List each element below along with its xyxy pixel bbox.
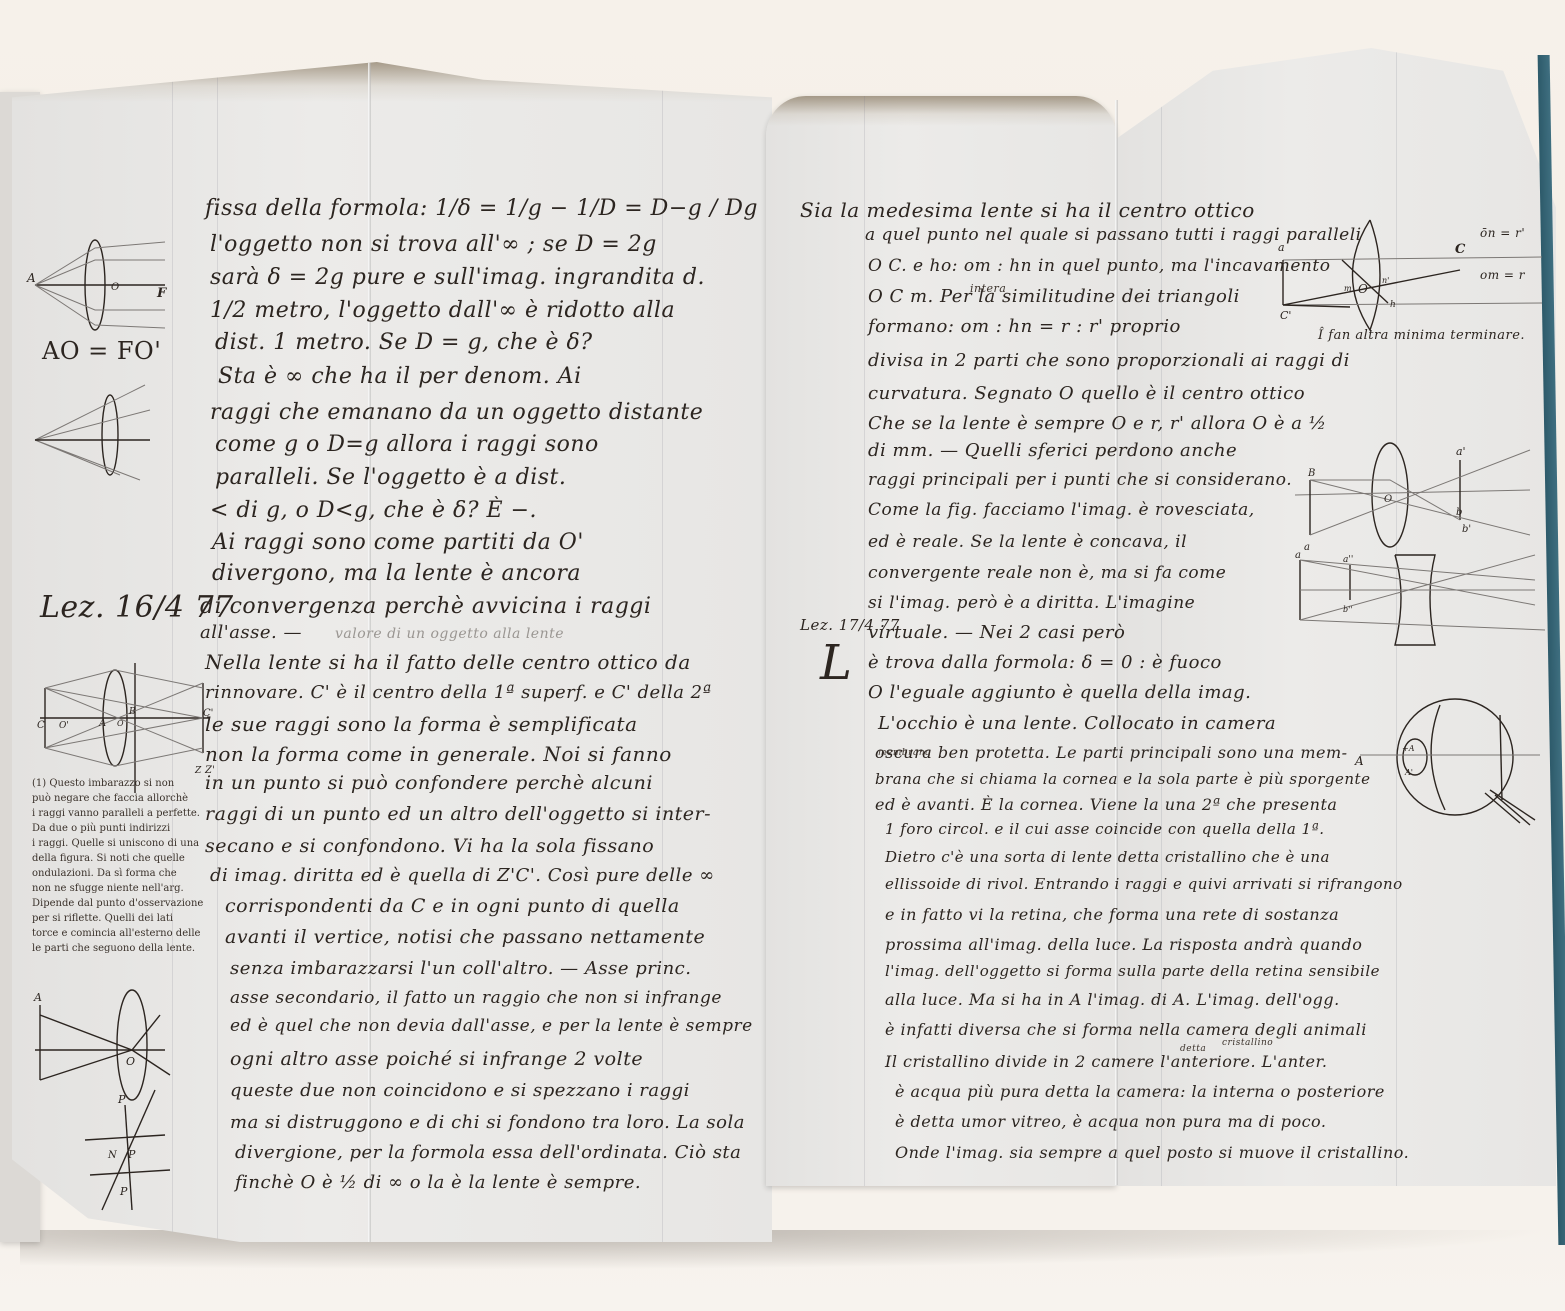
handwritten-line: ogni altro asse poiché si infrange 2 vol… [230,1048,643,1070]
handwritten-line: queste due non coincidono e si spezzano … [230,1080,690,1101]
interlinear-note: detta [1180,1044,1206,1054]
handwritten-line: finchè O è ½ di ∞ o la è la lente è semp… [235,1172,641,1193]
initial-letter: L [820,635,852,691]
note-line: torce e comincia all'esterno delle [32,926,203,941]
svg-text:O: O [1358,282,1368,296]
handwritten-line: O l'eguale aggiunto è quella della imag. [868,682,1251,703]
svg-text:a: a [1278,241,1285,254]
handwritten-line: rinnovare. C' è il centro della 1ª super… [205,682,712,703]
svg-text:b': b' [1462,524,1471,535]
handwritten-line: L'occhio è una lente. Collocato in camer… [878,713,1276,734]
svg-text:F: F [156,286,167,301]
note-line: della figura. Si noti che quelle [32,851,203,866]
svg-text:C': C' [1280,309,1291,322]
handwritten-line: raggi principali per i punti che si cons… [868,470,1292,490]
handwritten-line: virtuale. — Nei 2 casi però [868,622,1125,643]
svg-text:n': n' [1382,276,1389,285]
handwritten-line: oscura ben protetta. Le parti principali… [875,743,1348,762]
handwritten-line: Il cristallino divide in 2 camere l'ante… [885,1052,1327,1071]
label-a: A [26,271,36,285]
svg-text:C: C [37,720,45,731]
svg-text:Z: Z [194,766,202,776]
handwritten-line: di imag. diritta ed è quella di Z'C'. Co… [210,865,715,886]
svg-text:m: m [1344,284,1352,293]
handwritten-line: ellissoide di rivol. Entrando i raggi e … [885,875,1403,893]
handwritten-line: l'imag. dell'oggetto si forma sulla part… [885,962,1380,980]
handwritten-line: 1/2 metro, l'oggetto dall'∞ è ridotto al… [210,298,675,323]
handwritten-line: fissa della formola: 1/δ = 1/g − 1/D = D… [205,196,758,221]
lens-diagram-image-formation: C O' A O B C' Z Z' [35,648,215,793]
handwritten-line: è infatti diversa che si forma nella cam… [885,1020,1367,1039]
svg-text:Z': Z' [204,765,215,776]
svg-text:a: a [1295,550,1301,561]
interlinear-note: cristallino [1222,1038,1273,1048]
handwritten-line: di convergenza perchè avvicina i raggi [200,594,651,619]
handwritten-line: non la forma come in generale. Noi si fa… [205,742,672,766]
handwritten-line: Ai raggi sono come partiti da O' [212,530,584,555]
handwritten-line: è trova dalla formola: δ = 0 : è fuoco [868,652,1222,673]
handwritten-line: all'asse. — [200,622,302,643]
handwritten-line: ma si distruggono e di chi si fondono tr… [230,1112,745,1133]
lecture-date: Lez. 16/4 77 [40,590,234,625]
lens-diagram-converging: A O F [25,230,175,340]
handwritten-line: Sia la medesima lente si ha il centro ot… [800,198,1255,222]
handwritten-line: ed è reale. Se la lente è concava, il [868,532,1187,552]
handwritten-line: divisa in 2 parti che sono proporzionali… [868,350,1350,371]
note-line: i raggi. Quelle si uniscono di una [32,836,203,851]
svg-text:A: A [98,718,106,729]
lecture-date: Lez. 17/4 77 [800,616,900,634]
handwritten-line: Come la fig. facciamo l'imag. è rovescia… [868,500,1255,520]
handwritten-line: prossima all'imag. della luce. La rispos… [885,935,1362,954]
handwritten-line: sarà δ = 2g pure e sull'imag. ingrandita… [210,265,705,290]
handwritten-line: formano: om : hn = r : r' proprio [868,316,1181,337]
handwritten-line: brana che si chiama la cornea e la sola … [875,770,1370,788]
svg-text:B: B [1307,468,1315,479]
handwritten-line: convergente reale non è, ma si fa come [868,563,1226,583]
handwritten-line: O C. e ho: om : hn in quel punto, ma l'i… [868,256,1330,276]
note-line: Dipende dal punto d'osservazione [32,896,203,911]
converging-lens-real-image-diagram: B a' O b b' a [1290,440,1540,560]
handwritten-line: alla luce. Ma si ha in A l'imag. di A. L… [885,990,1340,1009]
handwritten-line: secano e si confondono. Vi ha la sola fi… [205,835,654,857]
left-page-dirty-edge [12,62,772,102]
handwritten-line: asse secondario, il fatto un raggio che … [230,988,722,1008]
handwritten-line: Sta è ∞ che ha il per denom. Ai [218,364,582,389]
margin-note: (1) Questo imbarazzo si non può negare c… [32,776,203,956]
svg-text:a': a' [1456,445,1466,458]
handwritten-line: avanti il vertice, notisi che passano ne… [225,926,705,948]
svg-text:P: P [119,1185,128,1198]
eye-anatomy-diagram: A +A A' [1350,695,1540,825]
handwritten-line: 1 foro circol. e il cui asse coincide co… [885,820,1324,838]
svg-text:A: A [1354,754,1364,768]
handwritten-line: ed è avanti. È la cornea. Viene la una 2… [875,795,1337,814]
handwritten-line: raggi di un punto ed un altro dell'ogget… [205,803,711,825]
handwritten-line: l'oggetto non si trova all'∞ ; se D = 2g [210,232,657,257]
svg-text:A': A' [1404,768,1413,777]
handwritten-line: raggi che emanano da un oggetto distante [210,400,703,425]
note-line: per si riflette. Quelli dei lati [32,911,203,926]
svg-text:O: O [111,282,119,293]
handwritten-line: è acqua più pura detta la camera: la int… [895,1082,1385,1101]
note-line: Da due o più punti indirizzi [32,821,203,836]
handwritten-line: Nella lente si ha il fatto delle centro … [205,650,691,674]
handwritten-line: è detta umor vitreo, è acqua non pura ma… [895,1112,1327,1131]
svg-text:a'': a'' [1343,555,1353,565]
svg-text:b'': b'' [1343,605,1353,614]
handwritten-line: corrispondenti da C e in ogni punto di q… [225,895,680,917]
handwritten-line: paralleli. Se l'oggetto è a dist. [215,465,566,490]
note-line: può negare che faccia allorchè [32,791,203,806]
handwritten-line: in un punto si può confondere perchè alc… [205,772,653,794]
handwritten-line: si l'imag. però è a diritta. L'imagine [868,593,1195,613]
lens-diagram-refraction: A O P N P P [30,965,180,1210]
handwritten-line: di mm. — Quelli sferici perdono anche [868,440,1237,461]
handwritten-line: divergono, ma la lente è ancora [212,561,581,586]
formula-label: AO = FO' [42,337,161,365]
svg-text:P: P [127,1148,136,1161]
handwritten-line: Onde l'imag. sia sempre a quel posto si … [895,1143,1409,1162]
svg-text:O: O [126,1055,135,1068]
svg-text:C': C' [203,708,213,719]
svg-text:O: O [117,719,124,728]
handwritten-line: ed è quel che non devia dall'asse, e per… [230,1016,753,1036]
interlinear-note: membrana [878,748,931,758]
handwritten-line: O C m. Per la similitudine dei triangoli [868,286,1240,307]
interlinear-note: intera [970,282,1006,295]
svg-text:b: b [1456,507,1462,518]
handwritten-line: le sue raggi sono la forma è semplificat… [205,712,638,736]
handwritten-line: divergione, per la formola essa dell'ord… [235,1142,741,1163]
diverging-lens-virtual-image-diagram: a a'' b'' [1295,550,1545,650]
optical-center-diagram: a C O m n' h C' [1280,215,1550,335]
svg-text:O: O [1384,494,1392,505]
note-line: i raggi vanno paralleli a perfette. [32,806,203,821]
handwritten-line: < di g, o D<g, che è δ? È −. [210,498,537,523]
handwritten-line: Che se la lente è sempre O e r, r' allor… [868,413,1327,434]
handwritten-line: dist. 1 metro. Se D = g, che è δ? [215,330,593,355]
note-line: ondulazioni. Da sì forma che [32,866,203,881]
handwritten-line: come g o D=g allora i raggi sono [215,432,599,457]
handwritten-line: senza imbarazzarsi l'un coll'altro. — As… [230,958,691,979]
svg-text:P: P [117,1093,126,1106]
note-line: non ne sfugge niente nell'arg. [32,881,203,896]
svg-text:O': O' [59,721,69,731]
right-page-dirty-edge [766,96,1116,126]
svg-text:A: A [33,991,42,1004]
svg-text:h: h [1390,300,1396,310]
svg-text:C: C [1455,242,1466,257]
pencil-overwrite: valore di un oggetto alla lente [335,626,564,642]
lens-diagram-divergent-rays [30,380,160,490]
svg-text:N: N [107,1150,118,1161]
handwritten-line: Dietro c'è una sorta di lente detta cris… [885,848,1330,866]
note-line: le parti che seguono della lente. [32,941,203,956]
handwritten-line: curvatura. Segnato O quello è il centro … [868,383,1305,404]
svg-text:+A: +A [1402,744,1415,753]
svg-text:B: B [128,707,136,717]
handwritten-line: e in fatto vi la retina, che forma una r… [885,905,1339,924]
